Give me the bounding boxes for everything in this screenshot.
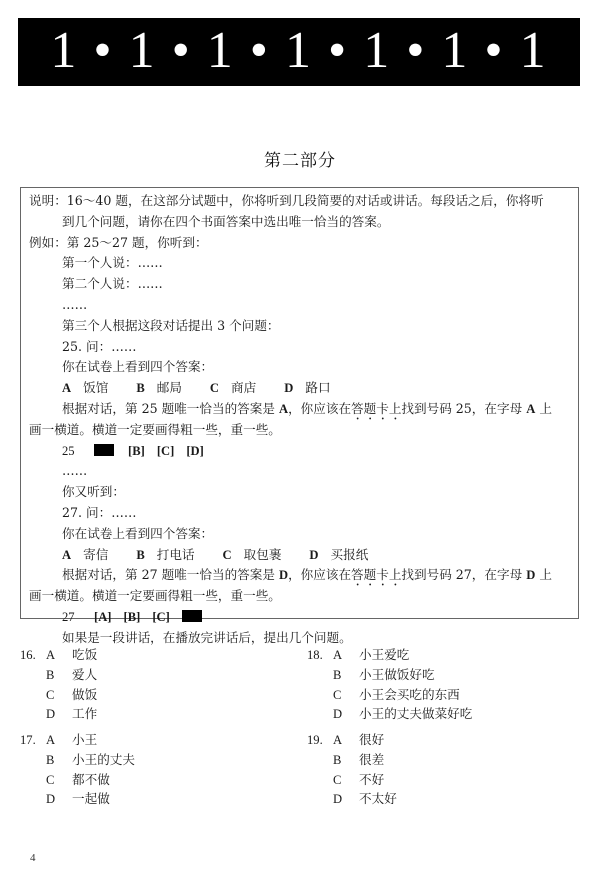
instructions-box: 说明：16～40 题，在这部分试题中，你将听到几段简要的对话或讲话。每段话之后，… <box>20 187 579 619</box>
filled-bubble <box>94 444 114 456</box>
example-explanation-27: 根据对话，第 27 题唯一恰当的答案是 D，你应该在答题卡上找到号码 27，在字… <box>29 565 578 586</box>
option-row[interactable]: B小王的丈夫 <box>20 750 300 770</box>
header-sequence: 1 • 1 • 1 • 1 • 1 • 1 • 1 <box>50 25 547 77</box>
section-title: 第二部分 <box>0 146 600 171</box>
option-row[interactable]: 18.A小王爱吃 <box>307 645 587 665</box>
header-banner: 1 • 1 • 1 • 1 • 1 • 1 • 1 <box>18 18 580 86</box>
option-row[interactable]: D工作 <box>20 704 300 724</box>
question-16: 16.A吃饭 B爱人 C做饭 D工作 <box>20 645 300 724</box>
option: B邮局 <box>136 378 182 399</box>
option: B打电话 <box>136 545 194 566</box>
bubble: [B] <box>124 607 141 628</box>
example-speaker-3: 第三个人根据这段对话提出 3 个问题： <box>29 316 578 337</box>
example-explanation-25: 根据对话，第 25 题唯一恰当的答案是 A，你应该在答题卡上找到号码 25，在字… <box>29 399 578 420</box>
answer-sheet-sample-27: 27 [A] [B] [C] <box>29 607 578 628</box>
answer-card-emphasis: 答题卡上 <box>351 567 401 582</box>
instruction-line: 说明：16～40 题，在这部分试题中，你将听到几段简要的对话或讲话。每段话之后，… <box>29 191 578 212</box>
example-intro: 例如：第 25～27 题，你听到： <box>29 233 578 254</box>
option-row[interactable]: D小王的丈夫做菜好吃 <box>307 704 587 724</box>
see-four-answers: 你在试卷上看到四个答案： <box>29 357 578 378</box>
draw-line-instruction: 画一横道。横道一定要画得粗一些，重一些。 <box>29 586 578 607</box>
option-row[interactable]: 19.A很好 <box>307 730 587 750</box>
option-row[interactable]: 17.A小王 <box>20 730 300 750</box>
option-row[interactable]: D一起做 <box>20 789 300 809</box>
option: D路口 <box>284 378 330 399</box>
option-row[interactable]: 16.A吃饭 <box>20 645 300 665</box>
option: A饭馆 <box>62 378 108 399</box>
option-row[interactable]: B很差 <box>307 750 587 770</box>
bubble: [A] <box>94 607 111 628</box>
see-four-answers: 你在试卷上看到四个答案： <box>29 524 578 545</box>
answer-card-emphasis: 答题卡上 <box>351 401 401 416</box>
ellipsis: …… <box>29 295 578 316</box>
example-options-27: A寄信 B打电话 C取包裹 D买报纸 <box>29 545 578 566</box>
question-17: 17.A小王 B小王的丈夫 C都不做 D一起做 <box>20 730 300 809</box>
example-speaker-1: 第一个人说：…… <box>29 253 578 274</box>
option-row[interactable]: D不太好 <box>307 789 587 809</box>
question-19: 19.A很好 B很差 C不好 D不太好 <box>307 730 587 809</box>
draw-line-instruction: 画一横道。横道一定要画得粗一些，重一些。 <box>29 420 578 441</box>
option-row[interactable]: B小王做饭好吃 <box>307 665 587 685</box>
bubble: [B] <box>128 441 145 462</box>
option-row[interactable]: C不好 <box>307 770 587 790</box>
answer-sheet-sample-25: 25 [B] [C] [D] <box>29 441 578 462</box>
bubble: [D] <box>186 441 203 462</box>
ellipsis: …… <box>29 461 578 482</box>
example-options-25: A饭馆 B邮局 C商店 D路口 <box>29 378 578 399</box>
option: C商店 <box>210 378 256 399</box>
option-row[interactable]: C做饭 <box>20 685 300 705</box>
example-speaker-2: 第二个人说：…… <box>29 274 578 295</box>
option: D买报纸 <box>309 545 368 566</box>
instruction-line: 到几个问题，请你在四个书面答案中选出唯一恰当的答案。 <box>29 212 578 233</box>
filled-bubble <box>182 610 202 622</box>
option: A寄信 <box>62 545 108 566</box>
question-18: 18.A小王爱吃 B小王做饭好吃 C小王会买吃的东西 D小王的丈夫做菜好吃 <box>307 645 587 724</box>
option: C取包裹 <box>223 545 282 566</box>
option-row[interactable]: B爱人 <box>20 665 300 685</box>
option-row[interactable]: C都不做 <box>20 770 300 790</box>
page-number: 4 <box>30 852 36 864</box>
option-row[interactable]: C小王会买吃的东西 <box>307 685 587 705</box>
bubble: [C] <box>152 607 169 628</box>
heard-again: 你又听到： <box>29 482 578 503</box>
bubble: [C] <box>157 441 174 462</box>
example-question-25: 25. 问：…… <box>29 337 578 358</box>
example-question-27: 27. 问：…… <box>29 503 578 524</box>
